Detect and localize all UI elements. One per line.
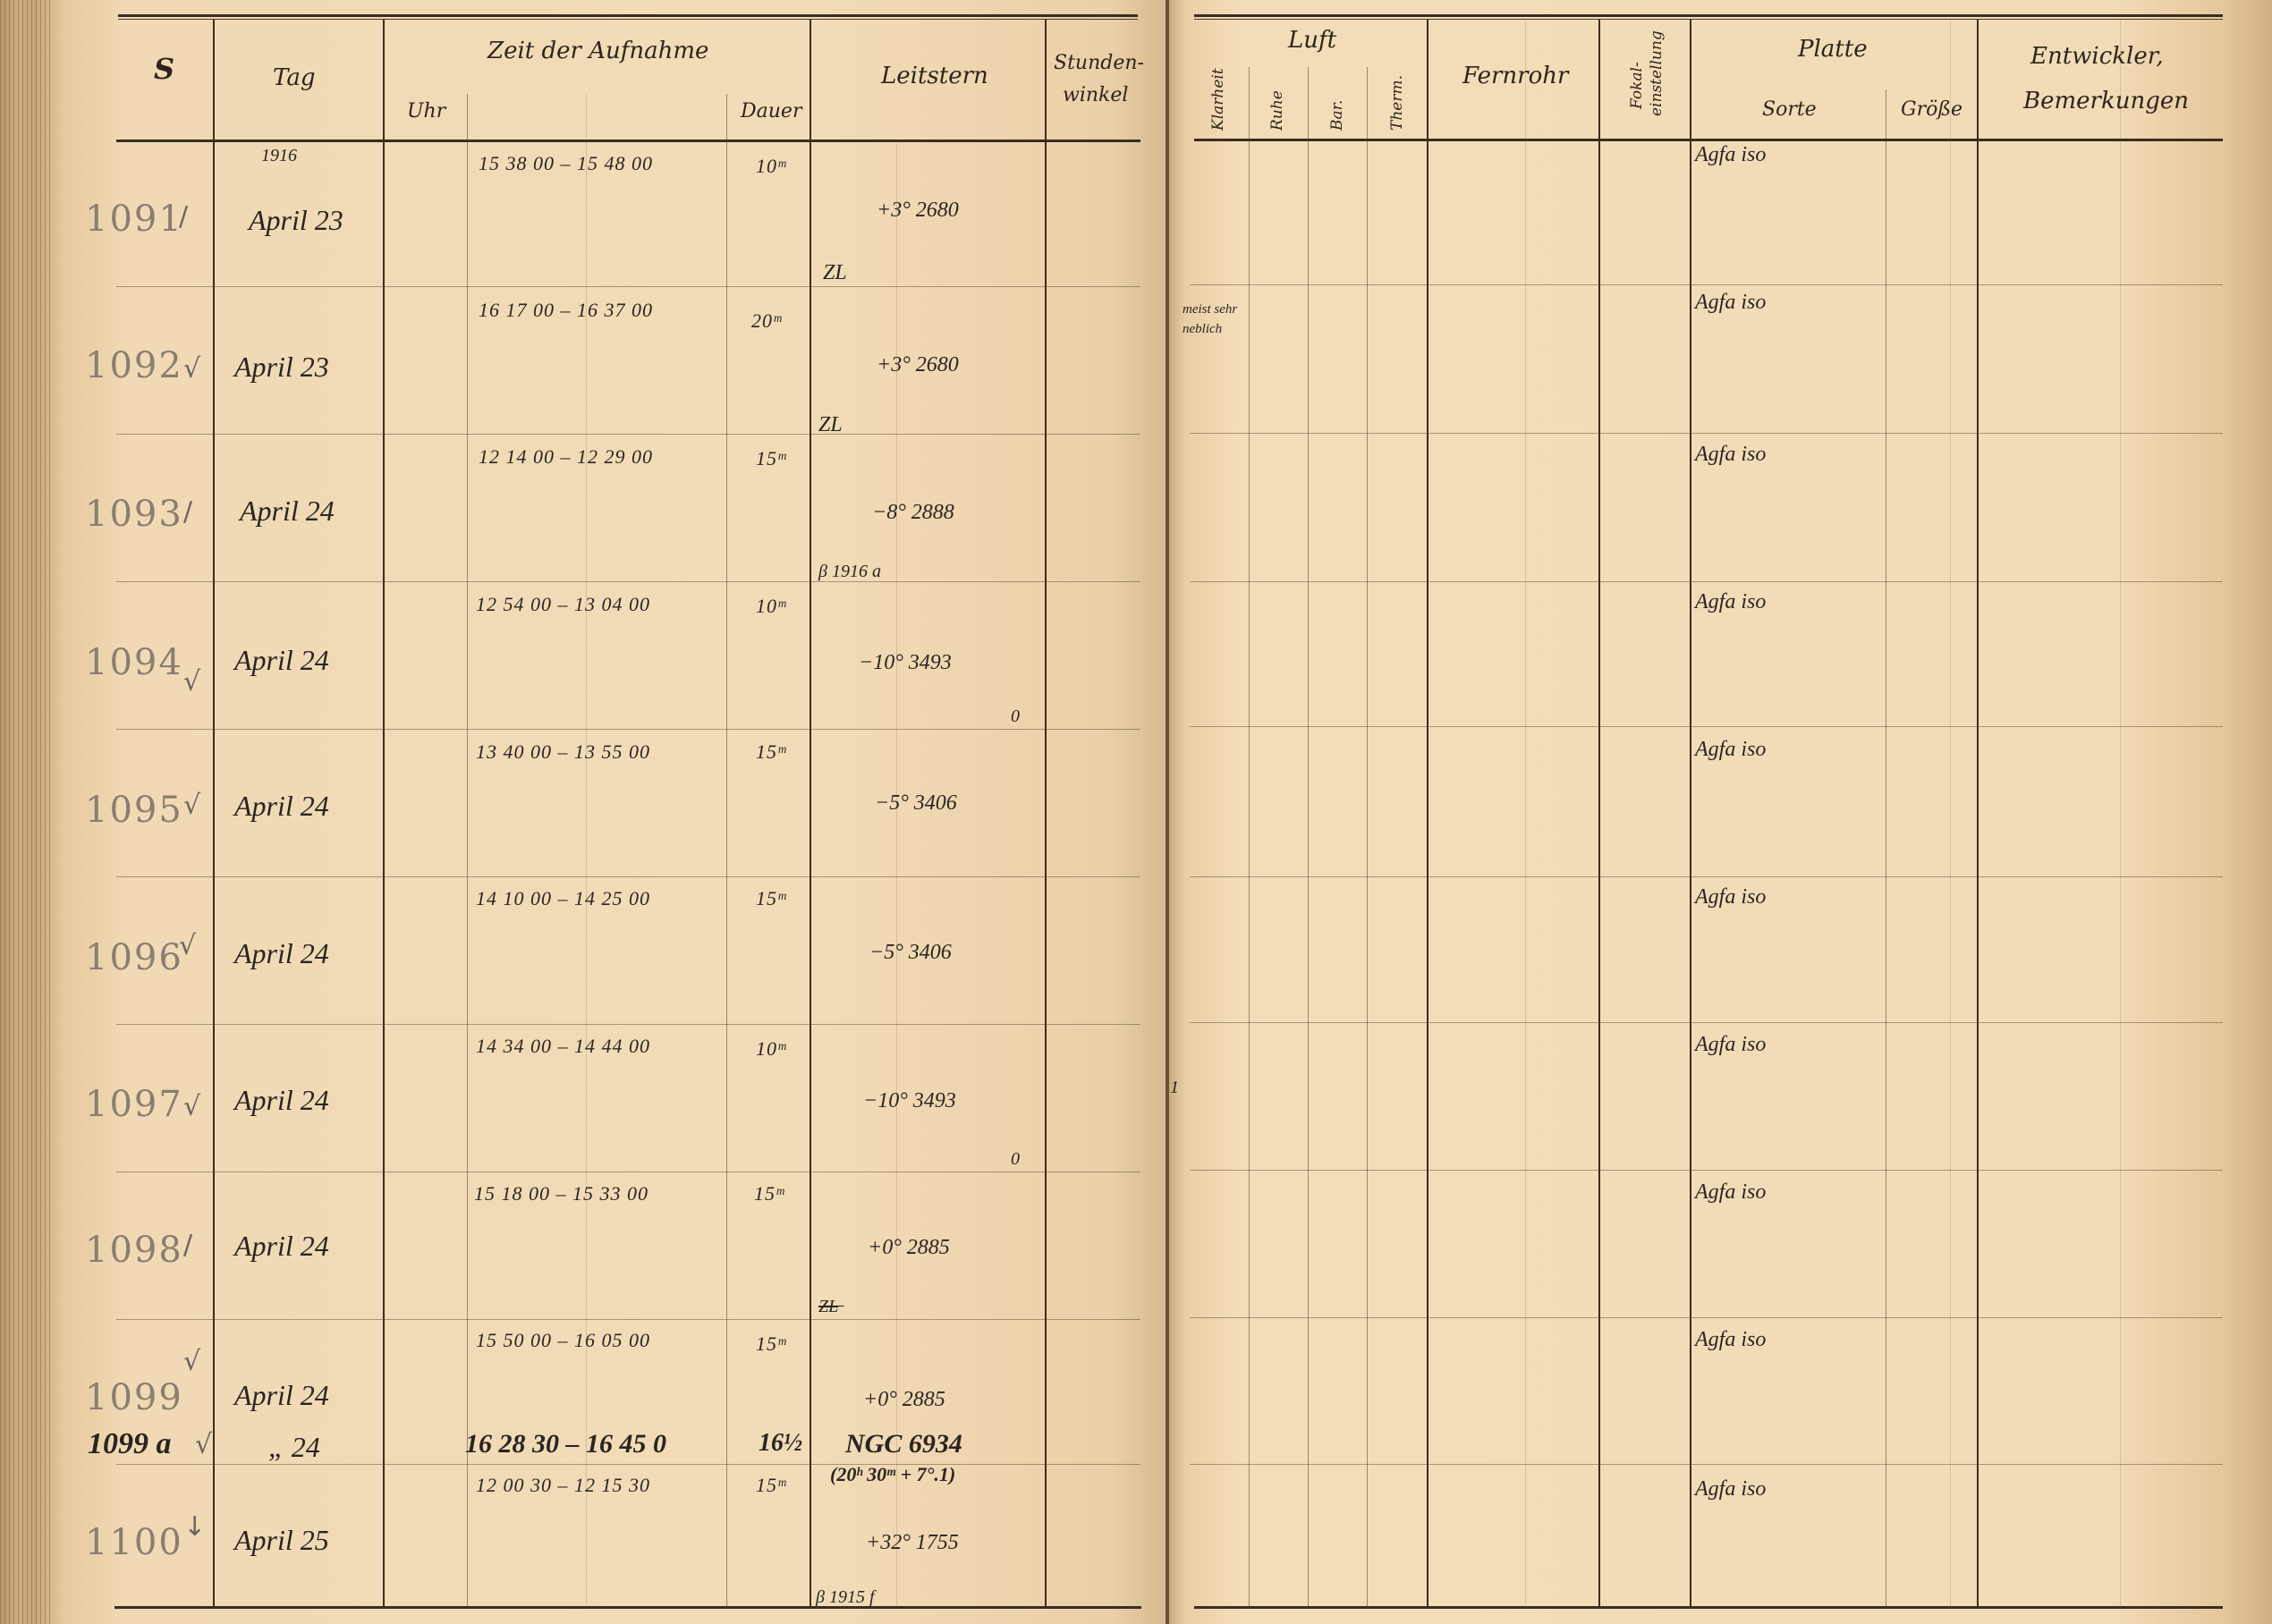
entry-note: β 1916 a	[818, 562, 881, 582]
row-rule	[1190, 726, 2223, 727]
bottom-rule-left	[114, 1606, 1141, 1609]
col-divider-ruhe	[1308, 67, 1309, 1607]
book-gutter	[1166, 0, 1169, 1624]
row-rule	[116, 581, 1140, 582]
header-fokal-1: Fokal-	[1628, 62, 1646, 109]
row-rule	[116, 1319, 1140, 1320]
header-klarheit: Klarheit	[1209, 68, 1227, 131]
entry-time: 15 18 00 – 15 33 00	[474, 1182, 649, 1205]
entry-time: 13 40 00 – 13 55 00	[476, 740, 650, 764]
entry-time: 14 10 00 – 14 25 00	[476, 887, 650, 910]
entry-guide-star: +32° 1755	[866, 1531, 959, 1555]
check-mark-icon: ↓	[183, 1511, 206, 1543]
entry-time: 12 14 00 – 12 29 00	[479, 445, 653, 469]
entry-note: ZL	[823, 261, 847, 285]
col-divider-tag	[383, 20, 385, 1608]
check-mark-icon: √	[183, 353, 200, 385]
header-ruhe: Ruhe	[1268, 90, 1286, 131]
entry-plate-type: Agfa iso	[1695, 443, 1766, 467]
entry-date: April 25	[234, 1524, 329, 1557]
row-rule	[116, 286, 1140, 287]
entry-duration: 10ᵐ	[756, 155, 786, 178]
row-rule	[116, 876, 1140, 877]
header-sorte: Sorte	[1762, 98, 1817, 121]
top-rule-left-thin	[118, 19, 1138, 20]
entry-guide-star-coords: (20ʰ 30ᵐ + 7°.1)	[830, 1463, 955, 1486]
entry-time: 12 54 00 – 13 04 00	[476, 593, 650, 616]
entry-plate-type: Agfa iso	[1695, 1180, 1766, 1205]
header-platte: Platte	[1798, 36, 1868, 63]
entry-duration: 10ᵐ	[756, 1037, 786, 1061]
col-divider-zeit	[810, 20, 811, 1608]
entry-date: April 24	[234, 1230, 329, 1263]
row-rule	[116, 729, 1140, 730]
entry-duration: 15ᵐ	[754, 1182, 784, 1205]
header-fokal-2: einstellung	[1648, 30, 1666, 116]
entry-number: 1093	[85, 494, 183, 535]
entry-note: ZL	[818, 413, 843, 437]
row-rule	[116, 1024, 1140, 1025]
entry-number: 1097	[85, 1084, 183, 1125]
entry-time: 15 50 00 – 16 05 00	[476, 1329, 650, 1352]
check-mark-icon: ∕	[183, 496, 192, 528]
header-bottom-rule-right	[1194, 139, 2223, 141]
header-stundenwinkel-2: winkel	[1063, 84, 1128, 106]
entry-guide-star: −8° 2888	[872, 501, 954, 525]
row-rule	[1190, 1317, 2223, 1318]
check-mark-icon: ∕	[183, 1230, 192, 1261]
row-rule	[1190, 1464, 2223, 1465]
entry-date: April 24	[240, 495, 335, 528]
col-divider-klarheit	[1249, 67, 1250, 1607]
entry-time: 15 38 00 – 15 48 00	[479, 152, 653, 175]
col-divider-s	[213, 20, 215, 1608]
page-edge-stack	[0, 0, 54, 1624]
entry-number: 1096	[85, 937, 183, 978]
margin-mark: 1	[1170, 1078, 1179, 1098]
entry-plate-type: Agfa iso	[1695, 590, 1766, 614]
entry-duration: 15ᵐ	[756, 887, 786, 910]
check-mark-icon: ∕	[179, 201, 188, 233]
check-mark-icon: √	[183, 790, 200, 821]
col-divider-sorte	[1886, 89, 1886, 1607]
col-guide	[1950, 20, 1951, 1608]
col-guide	[2120, 20, 2121, 1608]
year-note: 1916	[261, 146, 297, 166]
entry-duration: 15ᵐ	[756, 740, 786, 764]
header-bottom-rule-left	[116, 140, 1140, 142]
entry-plate-type: Agfa iso	[1695, 1033, 1766, 1057]
entry-time: 16 28 30 – 16 45 0	[465, 1429, 666, 1459]
col-guide	[1525, 20, 1526, 1608]
header-therm: Therm.	[1388, 75, 1406, 131]
entry-date: April 24	[234, 1379, 329, 1412]
row-rule	[1190, 433, 2223, 434]
col-divider-bar	[1367, 67, 1368, 1607]
entry-note-struck: Z̶L̶	[818, 1297, 838, 1317]
check-mark-icon: √	[195, 1429, 212, 1460]
entry-plate-type: Agfa iso	[1695, 143, 1766, 167]
entry-guide-star: +3° 2680	[877, 353, 959, 377]
entry-time: 14 34 00 – 14 44 00	[476, 1035, 650, 1058]
header-s: S	[154, 52, 174, 86]
entry-time: 12 00 30 – 12 15 30	[476, 1474, 650, 1497]
col-divider-platte	[1977, 20, 1979, 1608]
row-rule	[1190, 876, 2223, 877]
header-groesse: Größe	[1901, 98, 1963, 121]
check-mark-icon: √	[183, 666, 200, 698]
entry-number: 1092	[85, 345, 183, 386]
entry-guide-star: +0° 2885	[863, 1388, 945, 1412]
entry-duration: 20ᵐ	[751, 309, 782, 333]
top-rule-right-thin	[1194, 19, 2223, 20]
entry-guide-star: +0° 2885	[868, 1236, 950, 1260]
row-rule	[116, 1171, 1140, 1172]
top-rule-left	[118, 14, 1138, 17]
entry-plate-type: Agfa iso	[1695, 885, 1766, 909]
col-divider-leitstern	[1045, 20, 1047, 1608]
entry-plate-type: Agfa iso	[1695, 291, 1766, 315]
entry-number: 1095	[85, 790, 183, 831]
row-rule	[1190, 284, 2223, 285]
entry-number: 1094	[85, 642, 183, 683]
entry-guide-star: −5° 3406	[875, 791, 957, 816]
entry-date: April 23	[234, 351, 329, 384]
header-entwickler: Entwickler,	[2030, 43, 2164, 70]
entry-duration: 16½	[759, 1429, 802, 1458]
row-rule	[1190, 581, 2223, 582]
entry-guide-star: NGC 6934	[845, 1429, 962, 1459]
entry-guide-star: +3° 2680	[877, 199, 959, 223]
entry-note: 0	[1011, 706, 1020, 727]
entry-date: April 24	[234, 790, 329, 823]
col-divider-uhr	[467, 94, 468, 1608]
entry-duration: 10ᵐ	[756, 595, 786, 618]
entry-date: April 24	[234, 1084, 329, 1117]
entry-time: 16 17 00 – 16 37 00	[479, 299, 653, 322]
col-divider-fernrohr	[1598, 20, 1600, 1608]
entry-plate-type: Agfa iso	[1695, 738, 1766, 762]
header-bemerkungen: Bemerkungen	[2023, 88, 2189, 114]
col-divider-fokal	[1690, 20, 1691, 1608]
col-divider-dauer	[726, 94, 727, 1608]
entry-number: 1100	[85, 1522, 183, 1563]
header-bar: Bar.	[1328, 100, 1346, 131]
top-rule-right	[1194, 14, 2223, 17]
entry-duration: 15ᵐ	[756, 447, 786, 470]
right-page	[1167, 0, 2272, 1624]
check-mark-icon: √	[183, 1346, 200, 1377]
header-fernrohr: Fernrohr	[1462, 63, 1568, 89]
entry-duration: 15ᵐ	[756, 1332, 786, 1356]
entry-guide-star: −5° 3406	[869, 941, 952, 965]
row-rule	[116, 1464, 1140, 1465]
entry-number: 1098	[85, 1230, 183, 1271]
header-leitstern: Leitstern	[881, 63, 988, 89]
row-rule	[1190, 1022, 2223, 1023]
entry-plate-type: Agfa iso	[1695, 1477, 1766, 1501]
entry-note: 0	[1011, 1149, 1020, 1170]
header-uhr: Uhr	[407, 100, 445, 123]
entry-number-handwritten: 1099 a	[88, 1427, 172, 1461]
row-rule	[1190, 1170, 2223, 1171]
check-mark-icon: √	[183, 1091, 200, 1122]
entry-date: „ 24	[268, 1431, 320, 1464]
bottom-rule-right	[1194, 1606, 2223, 1609]
entry-guide-star: −10° 3493	[863, 1089, 956, 1113]
header-stundenwinkel-1: Stunden-	[1054, 52, 1144, 74]
check-mark-icon: √	[179, 930, 196, 961]
entry-date: April 23	[249, 204, 343, 237]
entry-plate-type: Agfa iso	[1695, 1328, 1766, 1352]
entry-number: 1091	[85, 199, 183, 240]
entry-note: β 1915 f	[816, 1587, 875, 1608]
header-luft: Luft	[1288, 27, 1336, 54]
header-zeit: Zeit der Aufnahme	[487, 38, 708, 64]
entry-guide-star: −10° 3493	[859, 651, 952, 675]
header-dauer: Dauer	[741, 100, 801, 123]
entry-date: April 24	[234, 644, 329, 677]
header-tag: Tag	[273, 64, 315, 91]
entry-number: 1099	[85, 1377, 183, 1418]
entry-date: April 24	[234, 937, 329, 970]
col-divider-luft	[1427, 20, 1428, 1608]
row-rule	[116, 434, 1140, 435]
entry-air-clarity: meist sehr neblich	[1183, 300, 1247, 339]
entry-duration: 15ᵐ	[756, 1474, 786, 1497]
